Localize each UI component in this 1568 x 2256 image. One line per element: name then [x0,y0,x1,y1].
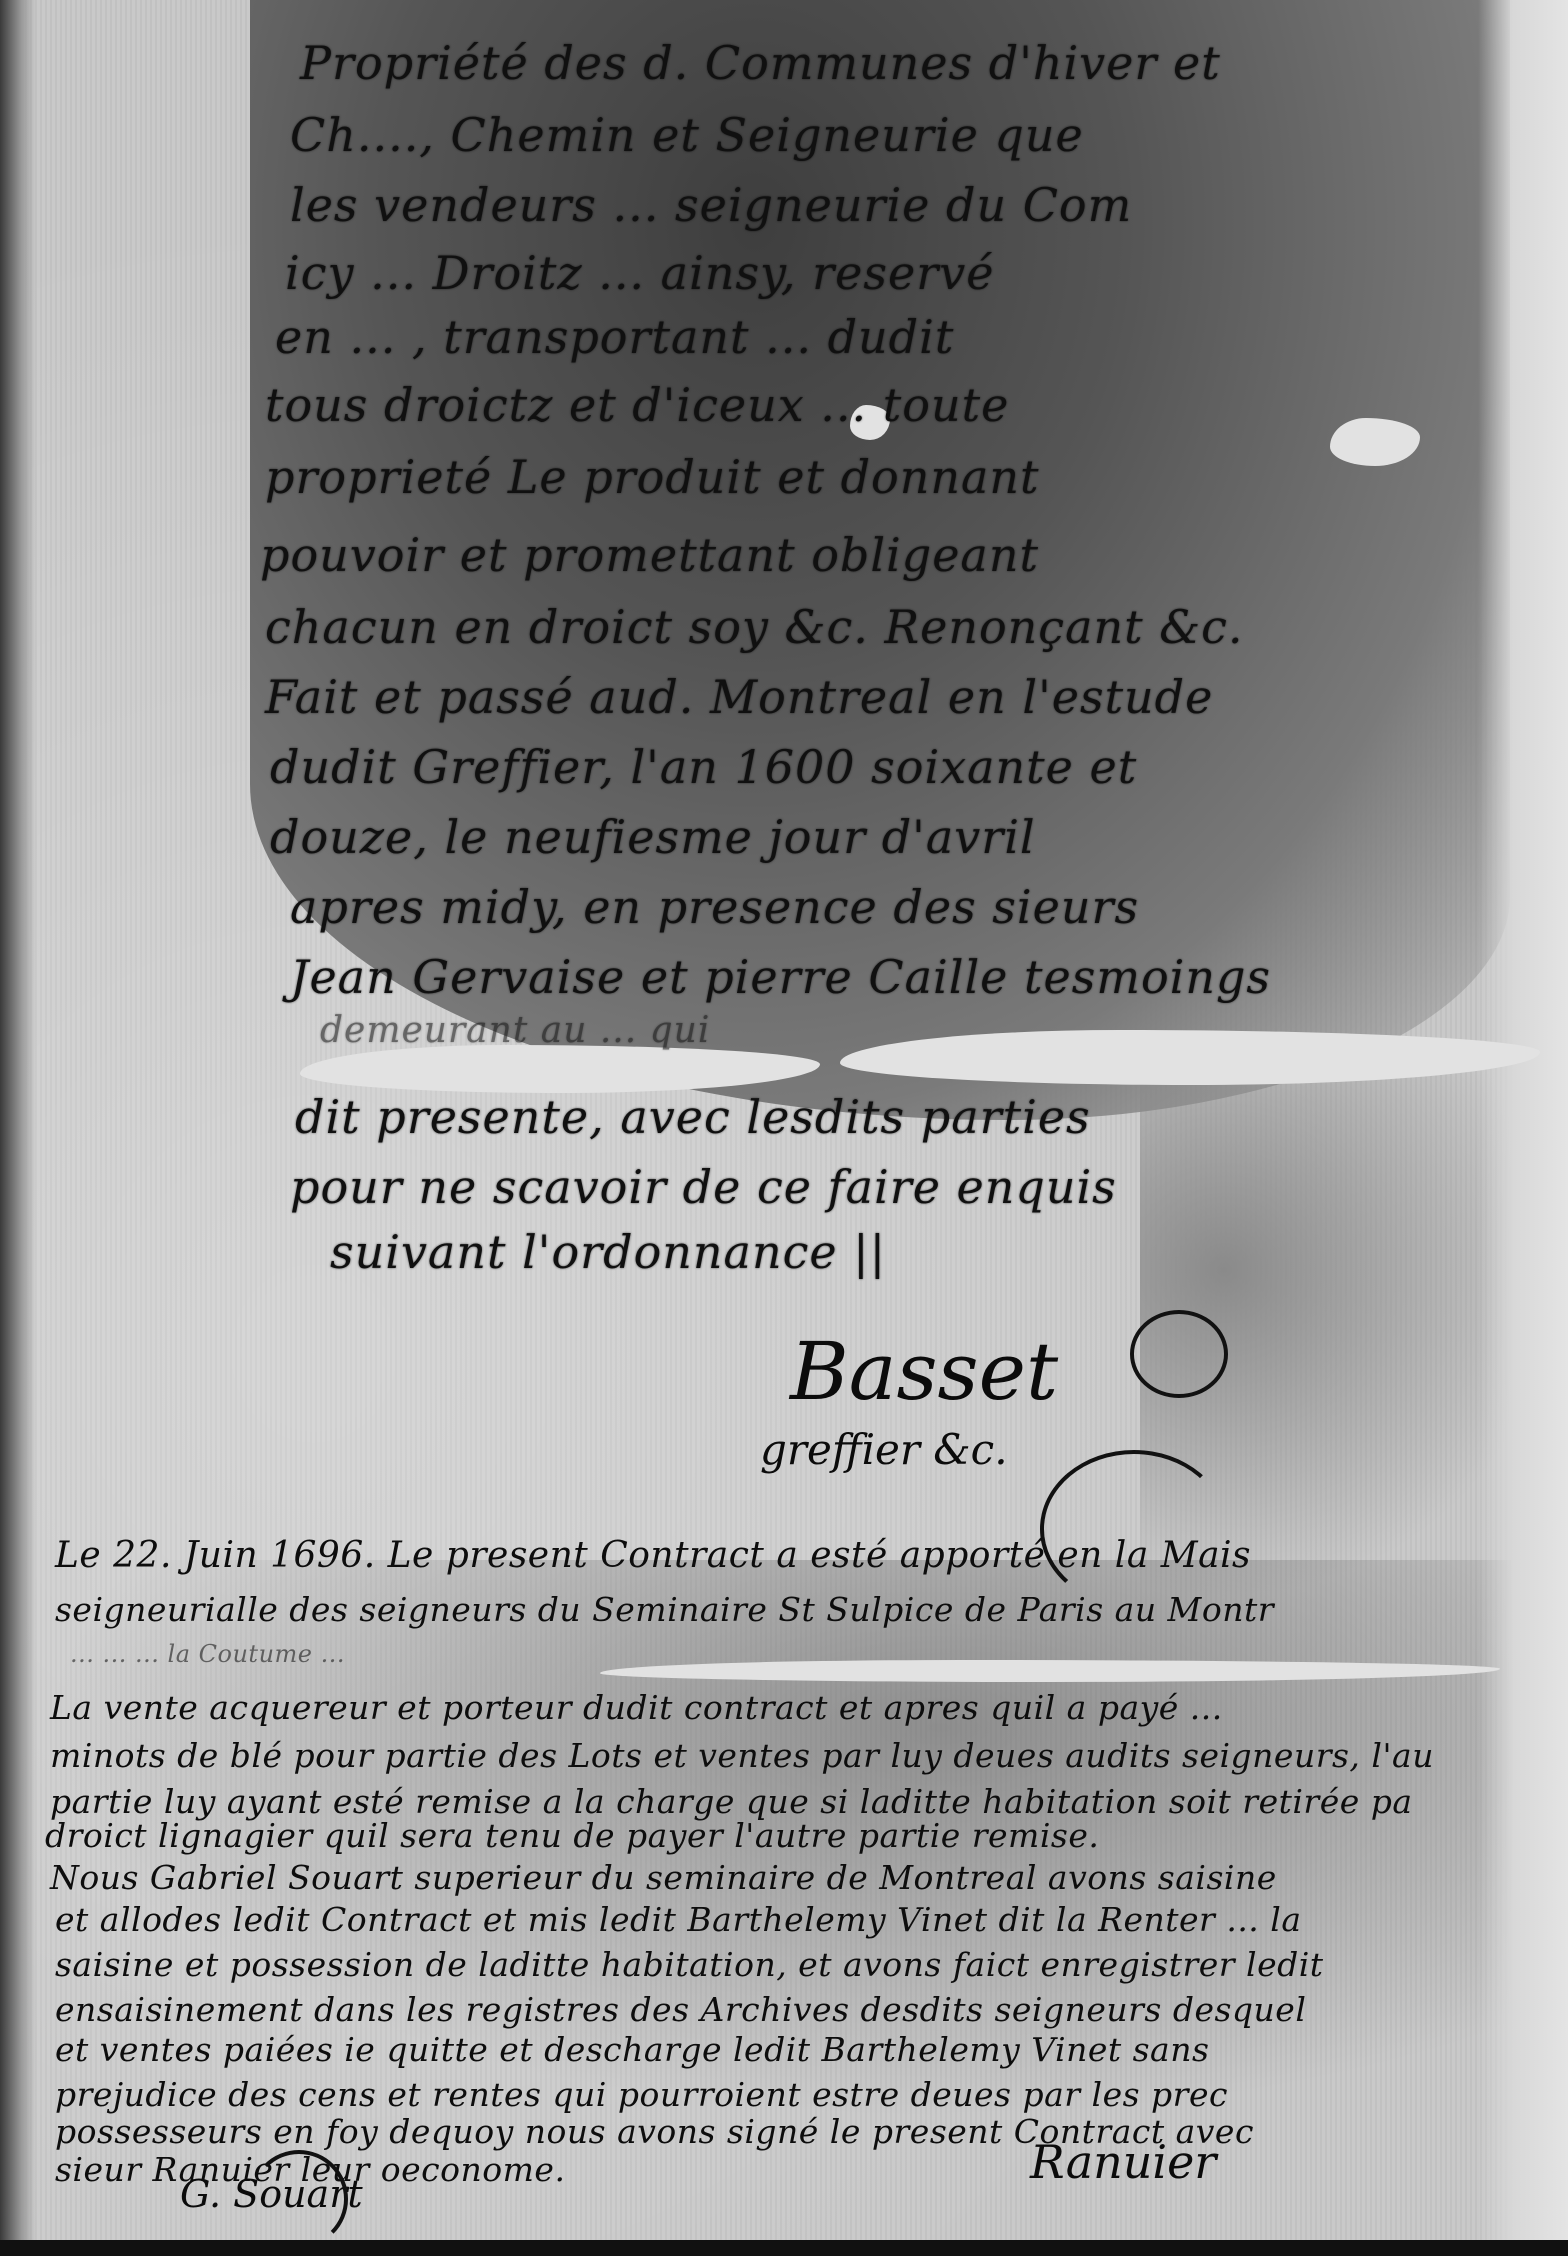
lower-line: Le 22. Juin 1696. Le present Contract a … [55,1535,1251,1576]
lower-line: seigneurialle des seigneurs du Seminaire… [55,1590,1274,1629]
scan-left-edge [0,0,36,2256]
upper-line: dit presente, avec lesdits parties [295,1090,1091,1144]
lower-line: minots de blé pour partie des Lots et ve… [50,1736,1434,1775]
signature-flourish [1130,1310,1228,1398]
signature-paraph [250,2150,348,2248]
upper-line: icy ... Droitz ... ainsy, reservé [285,246,994,300]
upper-line: Propriété des d. Communes d'hiver et [300,36,1221,90]
upper-line: en ... , transportant ... dudit [275,310,954,364]
upper-line: douze, le neufiesme jour d'avril [270,810,1036,864]
upper-line: les vendeurs ... seigneurie du Com [290,178,1132,232]
signature-basset-title: greffier &c. [760,1425,1008,1474]
signature-basset: Basset [790,1325,1058,1418]
lower-line: La vente acquereur et porteur dudit cont… [50,1688,1223,1727]
upper-line: Fait et passé aud. Montreal en l'estude [265,670,1213,724]
upper-line: Ch...., Chemin et Seigneurie que [290,108,1084,162]
upper-line: proprieté Le produit et donnant [265,450,1040,504]
lower-line: ensaisinement dans les registres des Arc… [55,1990,1306,2029]
upper-line: chacun en droict soy &c. Renonçant &c. [265,600,1244,654]
upper-line: pour ne scavoir de ce faire enquis [290,1160,1117,1214]
scan-bottom-edge [0,2240,1568,2256]
signature-flourish [1040,1450,1228,1608]
lower-line: prejudice des cens et rentes qui pourroi… [55,2075,1228,2114]
upper-line: Jean Gervaise et pierre Caille tesmoings [290,950,1271,1004]
upper-line: tous droictz et d'iceux ... toute [265,378,1009,432]
lower-line: ... ... ... la Coutume ... [70,1640,345,1668]
lower-line: et allodes ledit Contract et mis ledit B… [55,1900,1302,1939]
lower-line: saisine et possession de laditte habitat… [55,1945,1324,1984]
lower-line: Nous Gabriel Souart superieur du seminai… [50,1858,1277,1897]
lower-line: droict lignagier quil sera tenu de payer… [45,1816,1099,1855]
upper-line: dudit Greffier, l'an 1600 soixante et [270,740,1137,794]
signature-ranuier: Ranuier [1030,2135,1216,2189]
lower-line: et ventes paiées ie quitte et descharge … [55,2030,1209,2069]
scan-right-margin [1478,0,1568,2256]
upper-line: apres midy, en presence des sieurs [290,880,1139,934]
manuscript-page: Propriété des d. Communes d'hiver et Ch.… [0,0,1568,2256]
upper-line: pouvoir et promettant obligeant [260,528,1039,582]
upper-line: suivant l'ordonnance || [330,1225,886,1279]
upper-line: demeurant au ... qui [320,1010,710,1051]
